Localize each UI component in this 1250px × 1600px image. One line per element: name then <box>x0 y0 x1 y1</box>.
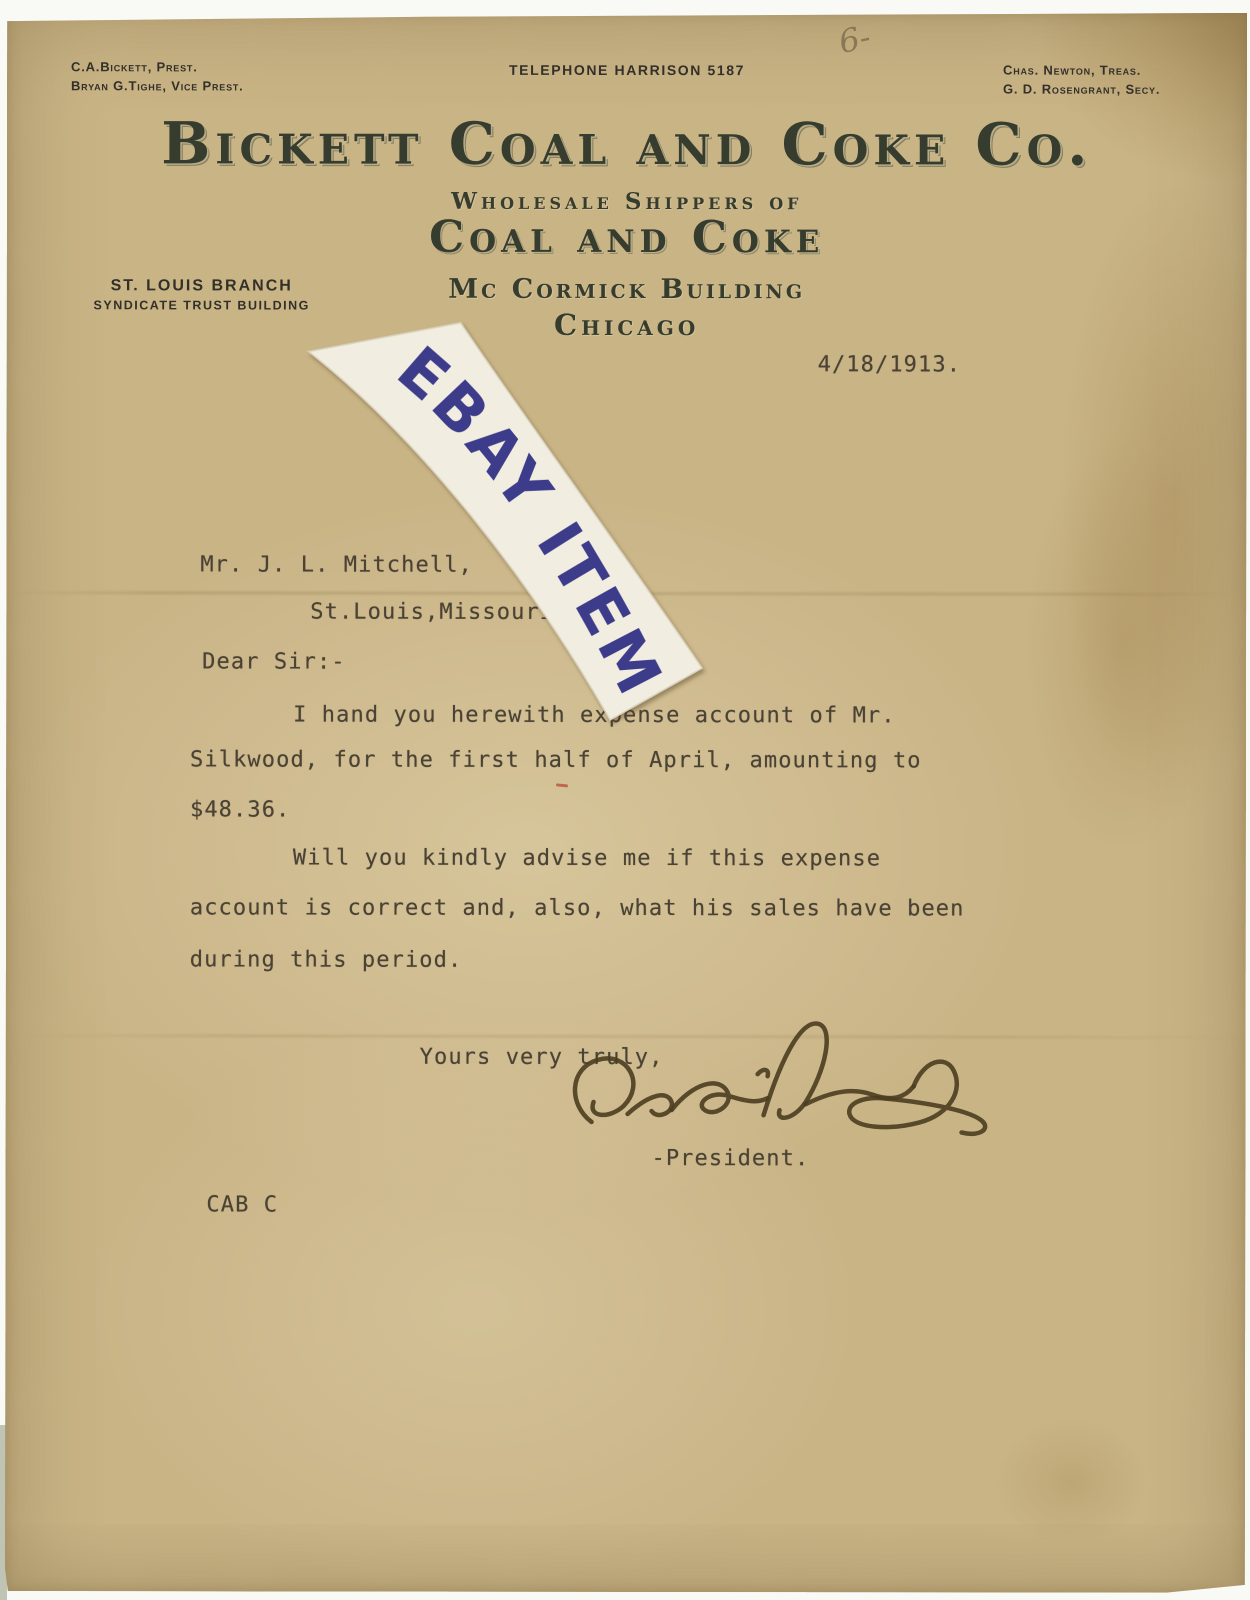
signer-title: -President. <box>651 1146 809 1171</box>
sticker-text: EBAY ITEM <box>383 332 678 709</box>
officer-treasurer: Chas. Newton, Treas. <box>1003 61 1160 80</box>
letter-date: 4/18/1913. <box>818 352 961 377</box>
product-line: Coal and Coke <box>7 211 1247 264</box>
company-name: Bickett Coal and Coke Co. <box>7 109 1247 179</box>
company-building: Mc Cormick Building <box>7 273 1247 306</box>
officer-secretary: G. D. Rosengrant, Secy. <box>1003 80 1160 99</box>
red-pencil-tick <box>556 783 568 787</box>
svg-text:EBAY ITEM: EBAY ITEM <box>383 332 678 709</box>
body-line: account is correct and, also, what his s… <box>190 895 965 921</box>
officers-right-block: Chas. Newton, Treas. G. D. Rosengrant, S… <box>1003 61 1160 99</box>
body-line: Silkwood, for the first half of April, a… <box>190 747 922 773</box>
pencil-mark: 6- <box>835 18 873 62</box>
body-line: Will you kindly advise me if this expens… <box>293 846 881 872</box>
body-line: during this period. <box>190 947 463 972</box>
reference-initials: CAB C <box>206 1192 278 1217</box>
body-line: $48.36. <box>190 797 290 822</box>
letter-sheet: C.A.Bickett, Prest. Bryan G.Tighe, Vice … <box>5 11 1247 1593</box>
officer-vice-president: Bryan G.Tighe, Vice Prest. <box>71 76 244 95</box>
ebay-item-sticker: EBAY ITEM <box>300 320 721 751</box>
